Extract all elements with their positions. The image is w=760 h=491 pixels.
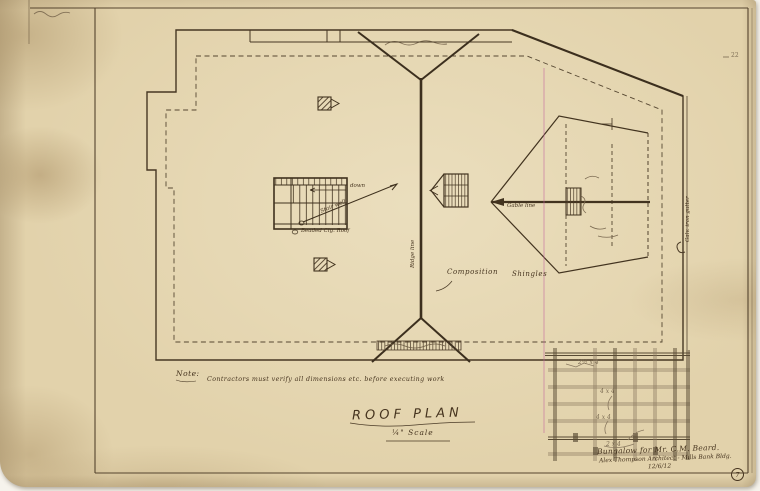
gutter-label: Galv. iron gutter [686,196,692,242]
gable-detail [491,116,650,273]
material-label-shingles: Shingles [512,271,547,278]
vent-symbol-ridge [430,174,468,207]
roof-outline [147,30,687,360]
scanned-drawing: Note: Contractors must verify all dimens… [0,0,760,491]
ridge-lines [358,30,683,362]
framing-dim: 2½ x 4 [578,360,599,366]
sheet-border [29,0,752,473]
sheet-number: 7 [735,471,739,479]
page-title: ROOF PLAN [352,407,463,423]
note-text: Contractors must verify all dimensions e… [207,377,445,383]
material-label-composition: Composition [447,269,498,276]
ridge-line-label: Ridge line [411,240,417,268]
edge-mark: 22 [731,53,739,59]
beaded-ceiling-label: Beaded Clg. Roof [301,229,349,235]
gable-line-label: Gable line [507,204,535,210]
framing-dim: 4 x 4 [596,415,611,421]
title-block-date: 12/6/12 [648,464,671,471]
vent-symbol-bottom [314,258,335,271]
stair-down-label: down [350,184,365,190]
saddle-detail [377,341,461,350]
note-label: Note: [176,370,200,378]
scale-label: ¼" Scale [392,429,434,437]
sheet-number-badge: 7 [731,468,744,481]
framing-dim: 4 x 4 [600,389,615,395]
vent-symbol-top [318,97,339,110]
gutter-hook [677,242,685,253]
